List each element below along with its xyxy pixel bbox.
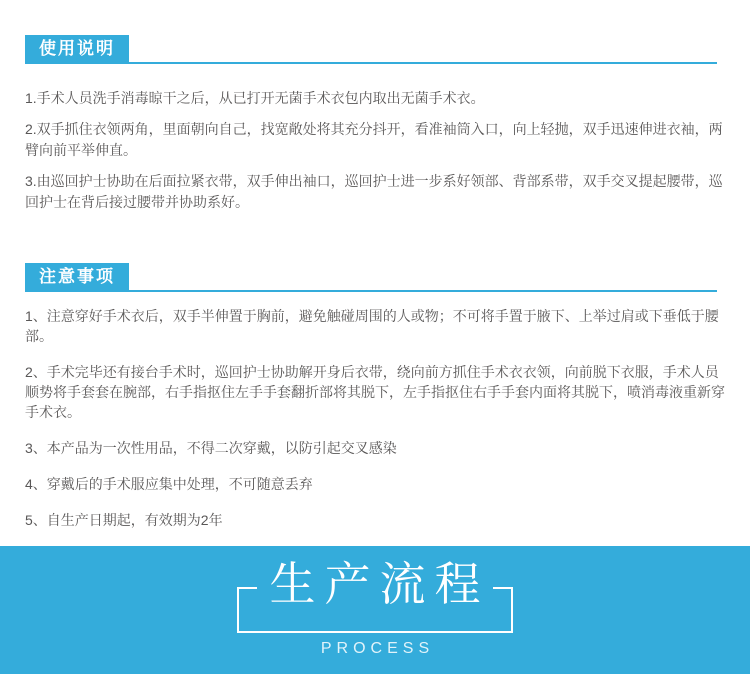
process-banner-subtitle: PROCESS	[0, 640, 750, 658]
process-banner: 生产流程 PROCESS	[0, 546, 750, 674]
notice-item-1: 1、注意穿好手术衣后，双手半伸置于胸前，避免触碰周围的人或物；不可将手置于腋下、…	[25, 306, 725, 346]
usage-step-3: 3.由巡回护士协助在后面拉紧衣带，双手伸出袖口，巡回护士进一步系好领部、背部系带…	[25, 171, 725, 213]
usage-step-2: 2.双手抓住衣领两角，里面朝向自己，找宽敞处将其充分抖开，看准袖筒入口，向上轻抛…	[25, 119, 725, 161]
product-description-content: 使用说明 1.手术人员洗手消毒晾干之后，从已打开无菌手术衣包内取出无菌手术衣。 …	[0, 0, 750, 546]
process-banner-title: 生产流程	[0, 561, 750, 607]
notice-item-2: 2、手术完毕还有接台手术时，巡回护士协助解开身后衣带，绕向前方抓住手术衣衣领，向…	[25, 362, 725, 422]
notice-section: 注意事项 1、注意穿好手术衣后，双手半伸置于胸前，避免触碰周围的人或物；不可将手…	[25, 263, 725, 530]
notice-item-3: 3、本产品为一次性用品，不得二次穿戴，以防引起交叉感染	[25, 438, 725, 458]
notice-list: 1、注意穿好手术衣后，双手半伸置于胸前，避免触碰周围的人或物；不可将手置于腋下、…	[25, 306, 725, 530]
usage-section: 使用说明 1.手术人员洗手消毒晾干之后，从已打开无菌手术衣包内取出无菌手术衣。 …	[25, 35, 725, 213]
usage-step-1: 1.手术人员洗手消毒晾干之后，从已打开无菌手术衣包内取出无菌手术衣。	[25, 88, 725, 109]
notice-item-5: 5、自生产日期起，有效期为2年	[25, 510, 725, 530]
notice-section-header: 注意事项	[25, 263, 717, 292]
usage-title-badge: 使用说明	[25, 35, 129, 62]
usage-section-header: 使用说明	[25, 35, 717, 64]
notice-item-4: 4、穿戴后的手术服应集中处理，不可随意丢弃	[25, 474, 725, 494]
notice-title-badge: 注意事项	[25, 263, 129, 290]
usage-steps: 1.手术人员洗手消毒晾干之后，从已打开无菌手术衣包内取出无菌手术衣。 2.双手抓…	[25, 88, 725, 213]
